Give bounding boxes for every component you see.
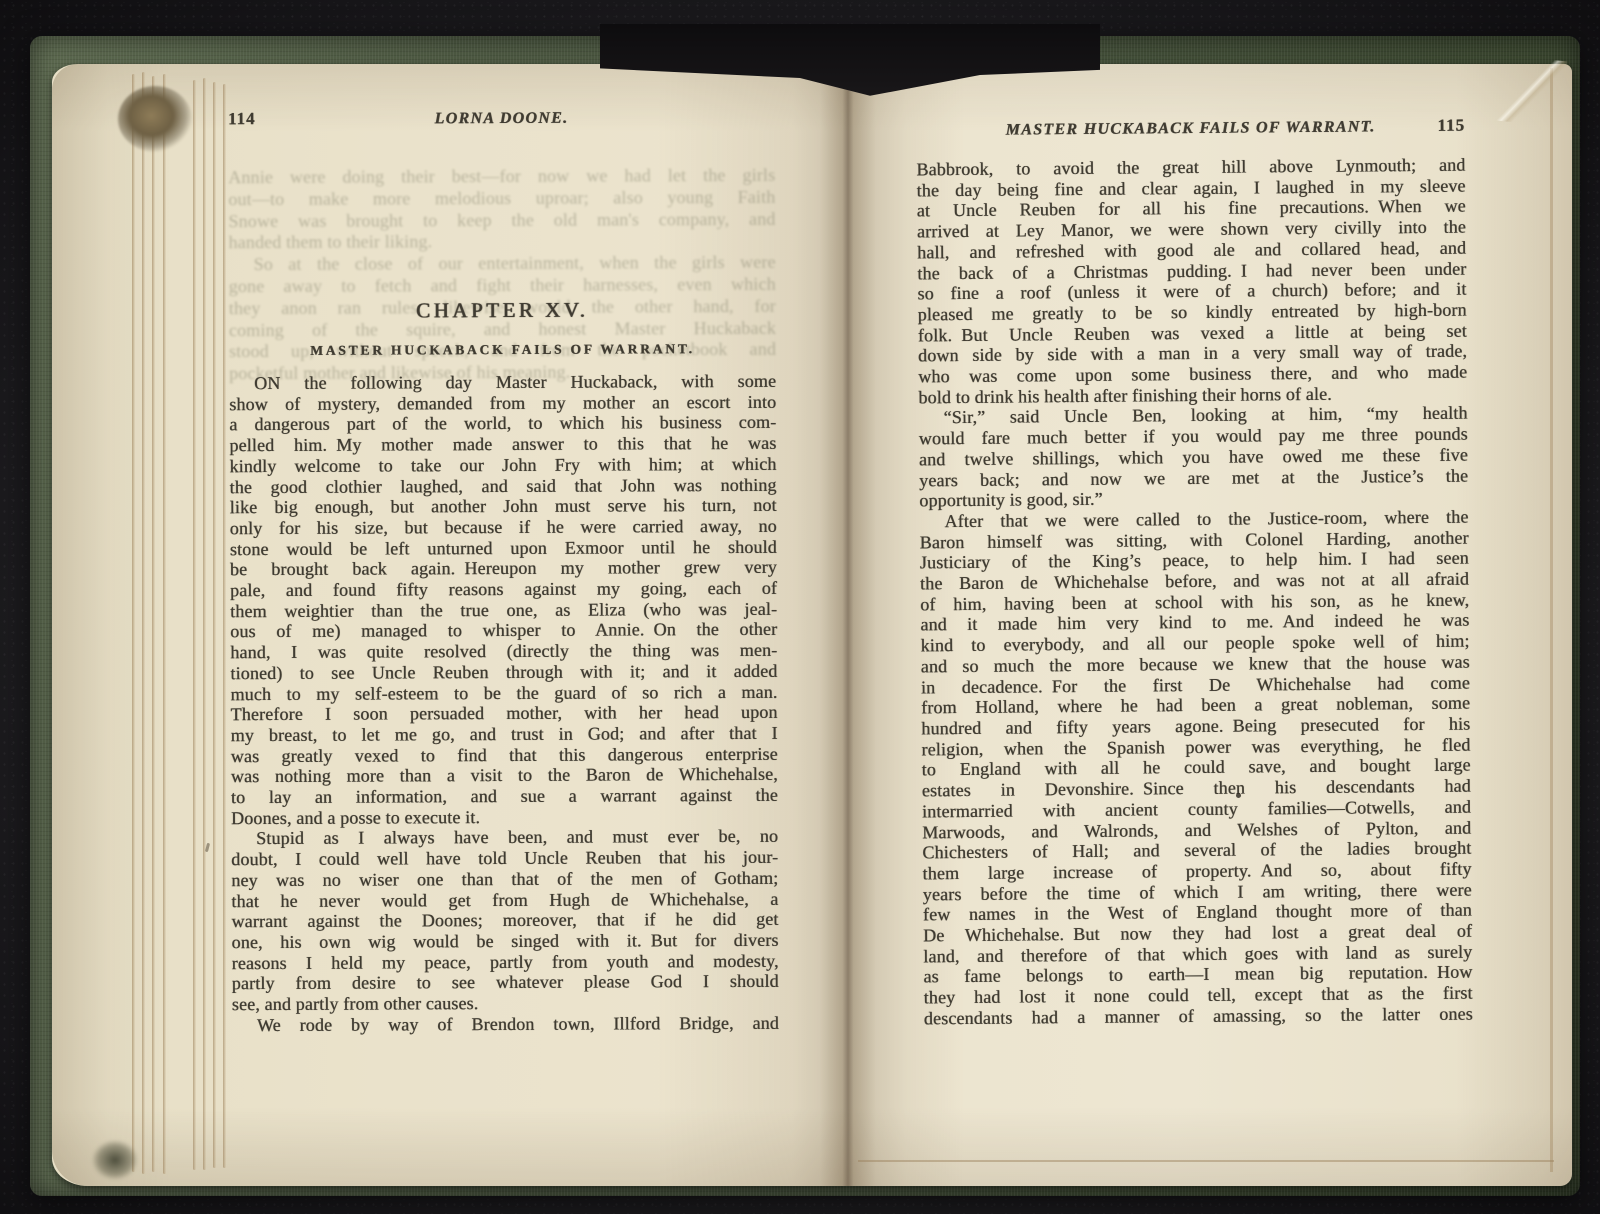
text-line: tioned) to see Uncle Reuben through with…	[230, 661, 777, 684]
worn-corner	[118, 86, 192, 152]
text-line: Doones, and a posse to execute it.	[231, 806, 778, 829]
page-edge-line	[203, 78, 206, 1170]
text-line: stone would be left unturned upon Exmoor…	[230, 536, 777, 559]
text-line: pelled him. My mother made answer to thi…	[229, 433, 776, 456]
page-number-115: 115	[1401, 116, 1465, 137]
page-edge-line	[223, 84, 226, 1168]
text-line: out—to make more melodious uproar; also …	[228, 187, 775, 211]
text-line: be brought back again. Hereupon my mothe…	[230, 557, 777, 580]
text-line: see, and partly from other causes.	[232, 992, 779, 1015]
right-page: MASTER HUCKABACK FAILS OF WARRANT. 115 B…	[916, 110, 1473, 1045]
page-number-114: 114	[228, 109, 298, 129]
left-page: 114 LORNA DOONE. Annie were doing their …	[228, 107, 779, 1054]
text-line: my breast, to let me go, and trust in Go…	[231, 723, 778, 746]
text-line: ON the following day Master Huckaback, w…	[229, 371, 776, 394]
header-spacer	[916, 135, 980, 136]
text-line: much to my self-esteem to be the guard o…	[231, 681, 778, 704]
ink-speck	[1389, 789, 1393, 793]
text-line: descendants had a manner of amassing, so…	[924, 1003, 1473, 1028]
text-line: hand, I was quite resolved (directly the…	[230, 640, 777, 663]
text-line: pale, and found fifty reasons against my…	[230, 578, 777, 601]
fore-edge-line	[1550, 68, 1553, 1172]
text-line: Therefore I soon persuaded mother, with …	[231, 702, 778, 725]
text-line: them weightier than the true one, as Eli…	[230, 599, 777, 622]
text-line: So at the close of our entertainment, wh…	[229, 252, 776, 276]
chapter-subtitle: MASTER HUCKABACK FAILS OF WARRANT.	[229, 341, 776, 359]
page-114-text: ON the following day Master Huckaback, w…	[229, 371, 779, 1036]
page-edge-line	[152, 76, 155, 1172]
text-line: warrant against the Doones; moreover, th…	[232, 909, 779, 932]
text-line: like big enough, but another John must s…	[230, 495, 777, 518]
page-edge-line	[142, 72, 145, 1174]
text-line: Snowe was brought to keep the old man's …	[228, 208, 775, 232]
chapter-heading: CHAPTER XV.	[229, 297, 776, 324]
left-running-header: 114 LORNA DOONE.	[228, 107, 775, 129]
dog-ear-crease	[1497, 55, 1568, 127]
text-line: reasons I held my peace, partly from you…	[232, 950, 779, 973]
text-line: kindly welcome to take our John Fry with…	[230, 454, 777, 477]
text-line: partly from desire to see whatever pleas…	[232, 971, 779, 994]
gutter-shadow	[820, 64, 876, 1186]
right-running-header: MASTER HUCKABACK FAILS OF WARRANT. 115	[916, 116, 1465, 141]
running-title-left: LORNA DOONE.	[298, 109, 705, 129]
text-line: handed them to their liking.	[229, 230, 776, 254]
text-line: that he never would get from Hugh de Whi…	[231, 888, 778, 911]
running-title-right: MASTER HUCKABACK FAILS OF WARRANT.	[980, 118, 1401, 140]
page-edge-line	[132, 74, 135, 1172]
ink-speck	[1236, 793, 1241, 798]
text-line: the good clothier laughed, and said that…	[230, 474, 777, 497]
text-line: show of mystery, demanded from my mother…	[229, 392, 776, 415]
text-line: was nothing more than a visit to the Bar…	[231, 764, 778, 787]
text-line: Stupid as I always have been, and must e…	[231, 826, 778, 849]
text-line: was greatly vexed to find that this dang…	[231, 743, 778, 766]
worn-corner-bottom	[92, 1140, 138, 1180]
page-edge-line	[213, 82, 216, 1168]
text-line: gone away to fetch and fight their harne…	[229, 274, 776, 298]
text-line: only for his size, but because if he wer…	[230, 516, 777, 539]
text-line: to lay an information, and sue a warrant…	[231, 785, 778, 808]
bottom-page-edge	[858, 1160, 1554, 1162]
text-line: one, his own wig would be singed with it…	[232, 930, 779, 953]
text-line: Annie were doing their best—for now we h…	[228, 165, 775, 189]
book-photo: 114 LORNA DOONE. Annie were doing their …	[0, 0, 1600, 1214]
text-line: ney was no wiser one than that of the me…	[231, 868, 778, 891]
page-115-text: Babbrook, to avoid the great hill above …	[916, 155, 1473, 1029]
text-line: a dangerous part of the world, to which …	[229, 412, 776, 435]
text-line: doubt, I could well have told Uncle Reub…	[231, 847, 778, 870]
page-edge-line	[163, 74, 166, 1174]
text-line: ous of me) managed to whisper to Annie. …	[230, 619, 777, 642]
text-line: We rode by way of Brendon town, Illford …	[232, 1013, 779, 1036]
page-edge-line	[193, 80, 196, 1170]
